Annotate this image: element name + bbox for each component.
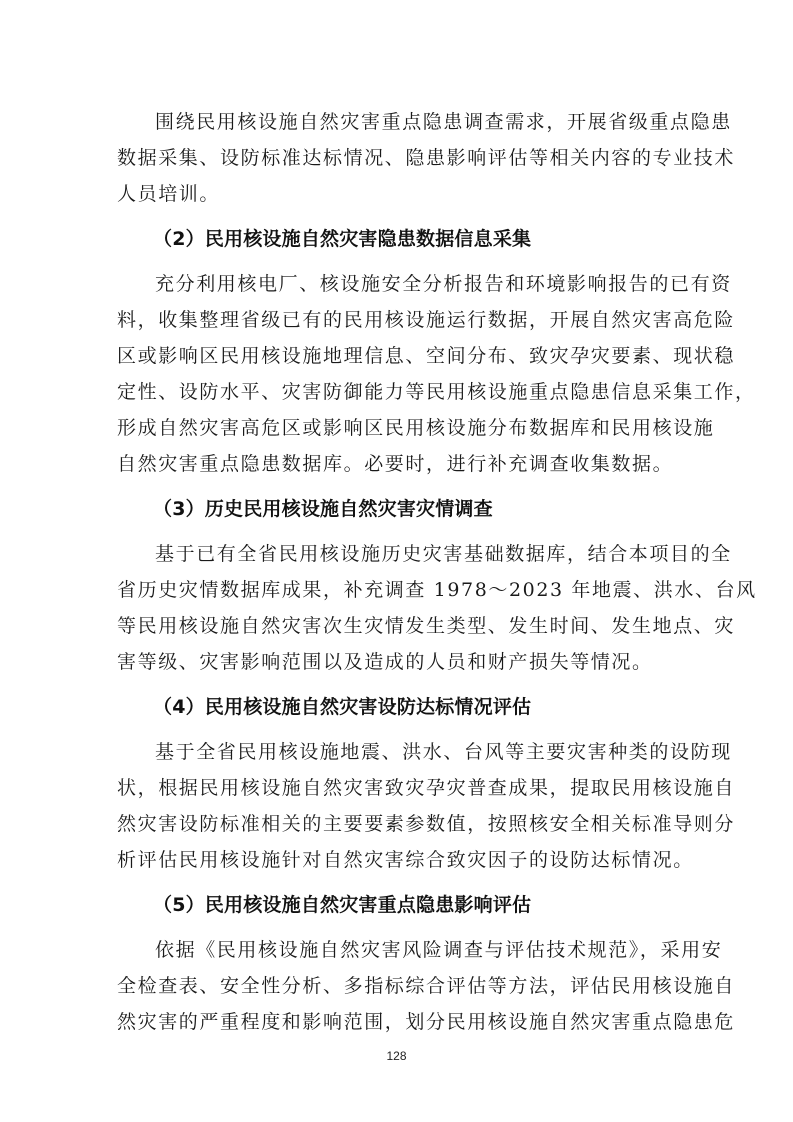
- paragraph-training: 围绕民用核设施自然灾害重点隐患调查需求，开展省级重点隐患 数据采集、设防标准达标…: [117, 104, 673, 212]
- document-page-body: 围绕民用核设施自然灾害重点隐患调查需求，开展省级重点隐患 数据采集、设防标准达标…: [117, 104, 673, 1040]
- text-line: 料，收集整理省级已有的民用核设施运行数据，开展自然灾害高危险: [117, 302, 673, 338]
- text-line: 充分利用核电厂、核设施安全分析报告和环境影响报告的已有资: [117, 266, 673, 302]
- text-line: 析评估民用核设施针对自然灾害综合致灾因子的设防达标情况。: [117, 842, 673, 878]
- section-heading-3: （3）历史民用核设施自然灾害灾情调查: [153, 491, 673, 527]
- text-line: 人员培训。: [117, 176, 673, 212]
- text-line: 围绕民用核设施自然灾害重点隐患调查需求，开展省级重点隐患: [117, 104, 673, 140]
- text-line: 定性、设防水平、灾害防御能力等民用核设施重点隐患信息采集工作，: [117, 374, 673, 410]
- text-line: 害等级、灾害影响范围以及造成的人员和财产损失等情况。: [117, 644, 673, 680]
- text-line: 省历史灾情数据库成果，补充调查 1978～2023 年地震、洪水、台风: [117, 572, 673, 608]
- text-line: 自然灾害重点隐患数据库。必要时，进行补充调查收集数据。: [117, 446, 673, 482]
- text-line: 然灾害设防标准相关的主要要素参数值，按照核安全相关标准导则分: [117, 806, 673, 842]
- text-line: 状，根据民用核设施自然灾害致灾孕灾普查成果，提取民用核设施自: [117, 770, 673, 806]
- section-heading-5: （5）民用核设施自然灾害重点隐患影响评估: [153, 887, 673, 923]
- paragraph-historical-survey: 基于已有全省民用核设施历史灾害基础数据库，结合本项目的全 省历史灾情数据库成果，…: [117, 536, 673, 680]
- text-line: 数据采集、设防标准达标情况、隐患影响评估等相关内容的专业技术: [117, 140, 673, 176]
- text-line: 区或影响区民用核设施地理信息、空间分布、致灾孕灾要素、现状稳: [117, 338, 673, 374]
- text-line: 全检查表、安全性分析、多指标综合评估等方法，评估民用核设施自: [117, 968, 673, 1004]
- paragraph-standards-assessment: 基于全省民用核设施地震、洪水、台风等主要灾害种类的设防现 状，根据民用核设施自然…: [117, 734, 673, 878]
- section-heading-4: （4）民用核设施自然灾害设防达标情况评估: [153, 689, 673, 725]
- paragraph-impact-assessment: 依据《民用核设施自然灾害风险调查与评估技术规范》，采用安 全检查表、安全性分析、…: [117, 932, 673, 1040]
- text-line: 形成自然灾害高危区或影响区民用核设施分布数据库和民用核设施: [117, 410, 673, 446]
- text-line: 然灾害的严重程度和影响范围，划分民用核设施自然灾害重点隐患危: [117, 1004, 673, 1040]
- text-line: 基于全省民用核设施地震、洪水、台风等主要灾害种类的设防现: [117, 734, 673, 770]
- text-line: 基于已有全省民用核设施历史灾害基础数据库，结合本项目的全: [117, 536, 673, 572]
- text-line: 依据《民用核设施自然灾害风险调查与评估技术规范》，采用安: [117, 932, 673, 968]
- text-line: 等民用核设施自然灾害次生灾情发生类型、发生时间、发生地点、灾: [117, 608, 673, 644]
- section-heading-2: （2）民用核设施自然灾害隐患数据信息采集: [153, 221, 673, 257]
- page-number: 128: [0, 1049, 793, 1063]
- paragraph-data-collection: 充分利用核电厂、核设施安全分析报告和环境影响报告的已有资 料，收集整理省级已有的…: [117, 266, 673, 482]
